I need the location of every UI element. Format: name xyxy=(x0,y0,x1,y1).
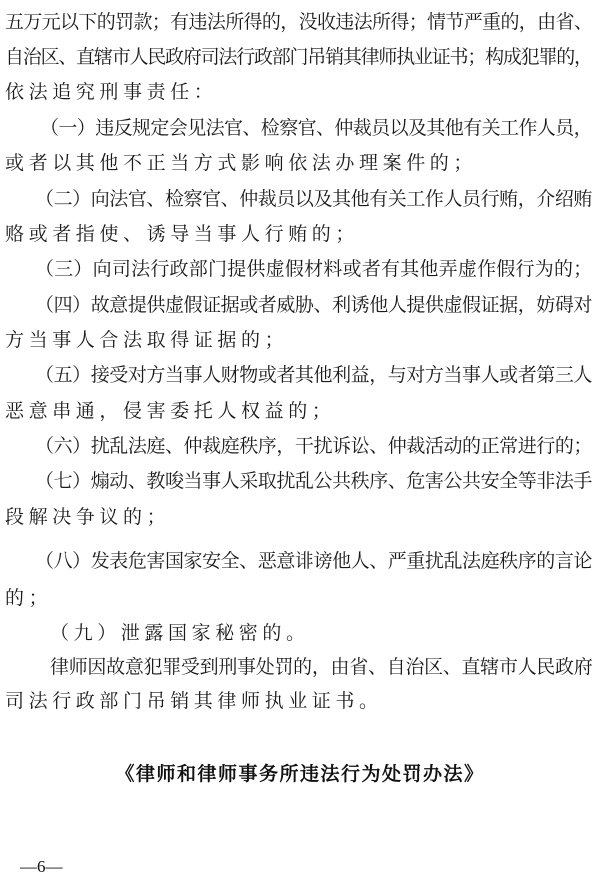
text-line: 司法行政部门吊销其律师执业证书。 xyxy=(5,688,383,714)
text-line: （五）接受对方当事人财物或者其他利益，与对方当事人或者第三人 xyxy=(35,362,592,388)
text-line: （一）违反规定会见法官、检察官、仲裁员以及其他有关工作人员， xyxy=(40,115,592,141)
text-line: （二）向法官、检察官、仲裁员以及其他有关工作人员行贿，介绍贿 xyxy=(35,186,592,212)
text-line: 方当事人合法取得证据的； xyxy=(5,327,288,353)
text-line: 依法追究刑事责任： xyxy=(5,79,217,105)
text-line: 五万元以下的罚款；有违法所得的，没收违法所得；情节严重的，由省、 xyxy=(5,9,592,35)
text-line: （九）泄露国家秘密的。 xyxy=(50,620,310,646)
text-line: （三）向司法行政部门提供虚假材料或者有其他弄虚作假行为的； xyxy=(35,256,592,282)
text-line: 自治区、直辖市人民政府司法行政部门吊销其律师执业证书；构成犯罪的， xyxy=(5,44,592,70)
text-line: （七）煽动、教唆当事人采取扰乱公共秩序、危害公共安全等非法手 xyxy=(35,468,592,494)
text-line: 赂或者指使、诱导当事人行贿的； xyxy=(5,221,359,247)
document-page: 五万元以下的罚款；有违法所得的，没收违法所得；情节严重的，由省、自治区、直辖市人… xyxy=(0,0,600,882)
text-line: （八）发表危害国家安全、恶意诽谤他人、严重扰乱法庭秩序的言论 xyxy=(35,548,592,574)
text-line: （六）扰乱法庭、仲裁庭秩序，干扰诉讼、仲裁活动的正常进行的； xyxy=(35,433,592,459)
document-title: 《律师和律师事务所违法行为处罚办法》 xyxy=(0,761,600,787)
text-line: 或者以其他不正当方式影响依法办理案件的； xyxy=(5,150,477,176)
text-line: 的； xyxy=(5,585,52,611)
page-number: —6— xyxy=(20,856,63,878)
text-line: （四）故意提供虚假证据或者威胁、利诱他人提供虚假证据，妨碍对 xyxy=(35,292,592,318)
text-line: 律师因故意犯罪受到刑事处罚的，由省、自治区、直辖市人民政府 xyxy=(50,654,592,680)
text-line: 段解决争议的； xyxy=(5,504,170,530)
text-line: 恶意串通，侵害委托人权益的； xyxy=(5,398,335,424)
